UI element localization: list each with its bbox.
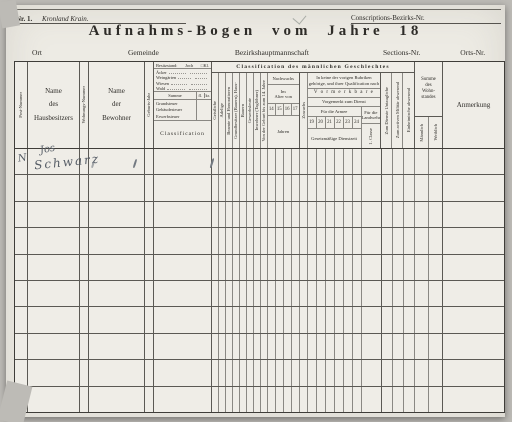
col-gewerbsleute: Gewerbsleute [247,73,254,148]
table-row [15,387,504,412]
col-bis-14-jahre: Von der Geburt bis zum 14. Jahre [261,73,268,148]
classification-group: Classification des männlichen Geschlecht… [212,62,415,148]
cell-wohnungs-nummer [80,334,89,359]
cell-bewohner [89,149,145,174]
armee-title: Für die Armee [308,107,361,117]
cell-anmerkung [443,149,504,174]
besitzstand-title-row: Besitzstand: Joch □Kl. [154,62,211,69]
besitzstand-summe-row: Summe fl.kr. [154,91,211,100]
cell-besitzstand [154,228,212,253]
fill-in-fields-row: Ort Gemeinde Bezirkshauptmannschaft Sect… [14,45,497,57]
cell-besitzstand [154,175,212,200]
col-header-name-bewohner: Name der Bewohner [89,62,145,148]
armee-footer: Gesetzmäßige Dienstzeit [308,129,361,148]
cell-hausbesitzer [28,255,80,280]
cell-hausbesitzer [28,281,80,306]
col-adelige: Adelige [219,73,226,148]
col-zuwachs: Zuwachs [300,73,308,148]
field-sections-nr: Sections-Nr. [383,48,420,57]
cell-geburts-jahr [145,175,154,200]
nachwuchs-footer: Jahren [268,116,299,148]
col-geistliche: Geistliche [212,73,219,148]
field-bezirkshauptmannschaft: Bezirkshauptmannschaft [235,48,309,57]
col-header-besitzstand: Besitzstand: Joch □Kl. Äcker Weingärten … [154,62,212,148]
cell-wohnungs-nummer [80,360,89,385]
cell-geburts-jahr [145,202,154,227]
cell-bewohner [89,228,145,253]
cell-besitzstand [154,149,212,174]
cell-geburts-jahr [145,281,154,306]
cell-post-nummer [15,202,28,227]
table-body [15,149,504,412]
cell-anmerkung [443,387,504,412]
cell-wohnungs-nummer [80,149,89,174]
cell-geburts-jahr [145,149,154,174]
scanned-form-sheet: Nr. 1. Kronland Krain. Conscriptions-Bez… [6,5,505,417]
cell-geburts-jahr [145,228,154,253]
cell-hausbesitzer [28,334,80,359]
cell-bewohner [89,307,145,332]
cell-post-nummer [15,281,28,306]
unit-kr: kr. [205,93,212,98]
cell-besitzstand [154,387,212,412]
cell-wohnungs-nummer [80,202,89,227]
table-row [15,175,504,201]
cell-besitzstand [154,202,212,227]
cell-anmerkung [443,307,504,332]
cell-bewohner [89,175,145,200]
cell-wohnungs-nummer [80,175,89,200]
col-header-wohnungs-nummer: Wohnungs-Nummer [80,62,89,148]
cell-hausbesitzer [28,175,80,200]
aufnahms-table: Post-Nummer Name des Hausbesitzers Wohnu… [14,61,505,413]
cell-bewohner [89,255,145,280]
col-header-geburts-jahr: Geburts-Jahr [145,62,154,148]
field-gemeinde: Gemeinde [128,48,159,57]
cell-bewohner [89,360,145,385]
cell-geburts-jahr [145,387,154,412]
cell-hausbesitzer [28,387,80,412]
cell-bewohner [89,387,145,412]
col-weiblich: Weiblich [429,117,442,148]
cell-anmerkung [443,228,504,253]
cell-hausbesitzer [28,228,80,253]
col-grundbesitzer: Grundbesitzer (Bauern), Haus- (Gülten- u… [233,73,240,148]
cell-anmerkung [443,281,504,306]
cell-geburts-jahr [145,360,154,385]
cell-wohnungs-nummer [80,281,89,306]
scan-artifact [0,0,20,28]
table-row [15,202,504,228]
nachwuchs-ages: 14 15 16 17 [268,104,299,116]
scan-artifact [0,380,32,422]
col-maennlich: Männlich [415,117,429,148]
besitzstand-unit-klafter: □Kl. [201,63,209,68]
cell-bewohner [89,281,145,306]
table-row [15,149,504,175]
cell-wohnungs-nummer [80,387,89,412]
summe-title: Summe des Wohn- standes [415,62,442,117]
vormerk-sub: Vorgemerkt zum Dienst [308,98,381,107]
nachwuchs-title: Nachwuchs [268,73,299,85]
cell-anmerkung [443,255,504,280]
summe-group: Summe des Wohn- standes Männlich Weiblic… [415,62,443,148]
col-untauglich: Zum Dienste Untaugliche [381,73,392,148]
table-row [15,281,504,307]
field-ort: Ort [32,48,42,57]
cell-post-nummer [15,360,28,385]
cell-post-nummer [15,175,28,200]
cell-post-nummer [15,334,28,359]
cell-geburts-jahr [145,334,154,359]
cell-hausbesitzer [28,307,80,332]
landwehr-sub: 1. Classe [362,124,381,148]
landwehr-group: Für die Landwehr 1. Classe [362,107,381,148]
cell-wohnungs-nummer [80,307,89,332]
cell-besitzstand [154,255,212,280]
cell-geburts-jahr [145,255,154,280]
cell-anmerkung [443,360,504,385]
cell-anmerkung [443,334,504,359]
vormerk-title: V o r m e r k b a r e [308,89,381,98]
table-row [15,307,504,333]
vormerk-intro: In keine der vorigen Rubriken gehörige, … [308,73,381,89]
cell-besitzstand [154,360,212,385]
cell-hausbesitzer [28,360,80,385]
cell-post-nummer [15,255,28,280]
col-header-post-nummer: Post-Nummer [15,62,28,148]
unit-fl: fl. [197,93,205,98]
table-row [15,334,504,360]
cell-wohnungs-nummer [80,228,89,253]
cell-anmerkung [443,175,504,200]
table-row [15,228,504,254]
form-top-header: Nr. 1. Kronland Krain. Conscriptions-Bez… [14,9,501,24]
table-header: Post-Nummer Name des Hausbesitzers Wohnu… [15,62,504,149]
col-bauern: Bauern [240,73,247,148]
col-einheimische-abwesend: Einheimische abwesend [403,73,414,148]
cell-bewohner [89,202,145,227]
cell-geburts-jahr [145,307,154,332]
cell-wohnungs-nummer [80,255,89,280]
cell-post-nummer [15,149,28,174]
table-row [15,255,504,281]
cell-post-nummer [15,228,28,253]
col-header-anmerkung: Anmerkung [443,62,504,148]
nachwuchs-group: Nachwuchs Im Alter von 14 15 16 17 Jahre… [268,73,300,148]
cell-besitzstand [154,307,212,332]
col-inwohner: Inwohner (Taglöhner) [254,73,261,148]
cell-hausbesitzer [28,149,80,174]
col-header-name-hausbesitzer: Name des Hausbesitzers [28,62,80,148]
armee-group: Für die Armee 19 20 21 22 23 24 Gesetzmä… [308,107,362,148]
classification-label: Classification [154,120,211,148]
cell-anmerkung [443,202,504,227]
table-row [15,360,504,386]
armee-jahrgaenge: 19 20 21 22 23 24 [308,117,361,129]
cell-bewohner [89,334,145,359]
vormerkbare-group: In keine der vorigen Rubriken gehörige, … [308,73,382,148]
besitzstand-title: Besitzstand: [156,63,177,68]
field-orts-nr: Orts-Nr. [460,48,485,57]
classification-title: Classification des männlichen Geschlecht… [212,62,414,73]
cell-hausbesitzer [28,202,80,227]
kronland-label: Kronland Krain. [42,15,88,23]
form-title: Aufnahms-Bogen vom Jahre 18 [6,23,505,40]
cell-post-nummer [15,307,28,332]
cell-besitzstand [154,281,212,306]
cell-besitzstand [154,334,212,359]
landwehr-title: Für die Landwehr [362,107,381,124]
nachwuchs-sub: Im Alter von [268,85,299,104]
besitzstand-unit-joch: Joch [185,63,193,68]
col-beamte: Beamte und Honoratioren [226,73,233,148]
col-militaer-abwesend: Zum activen Militär abwesend [392,73,403,148]
